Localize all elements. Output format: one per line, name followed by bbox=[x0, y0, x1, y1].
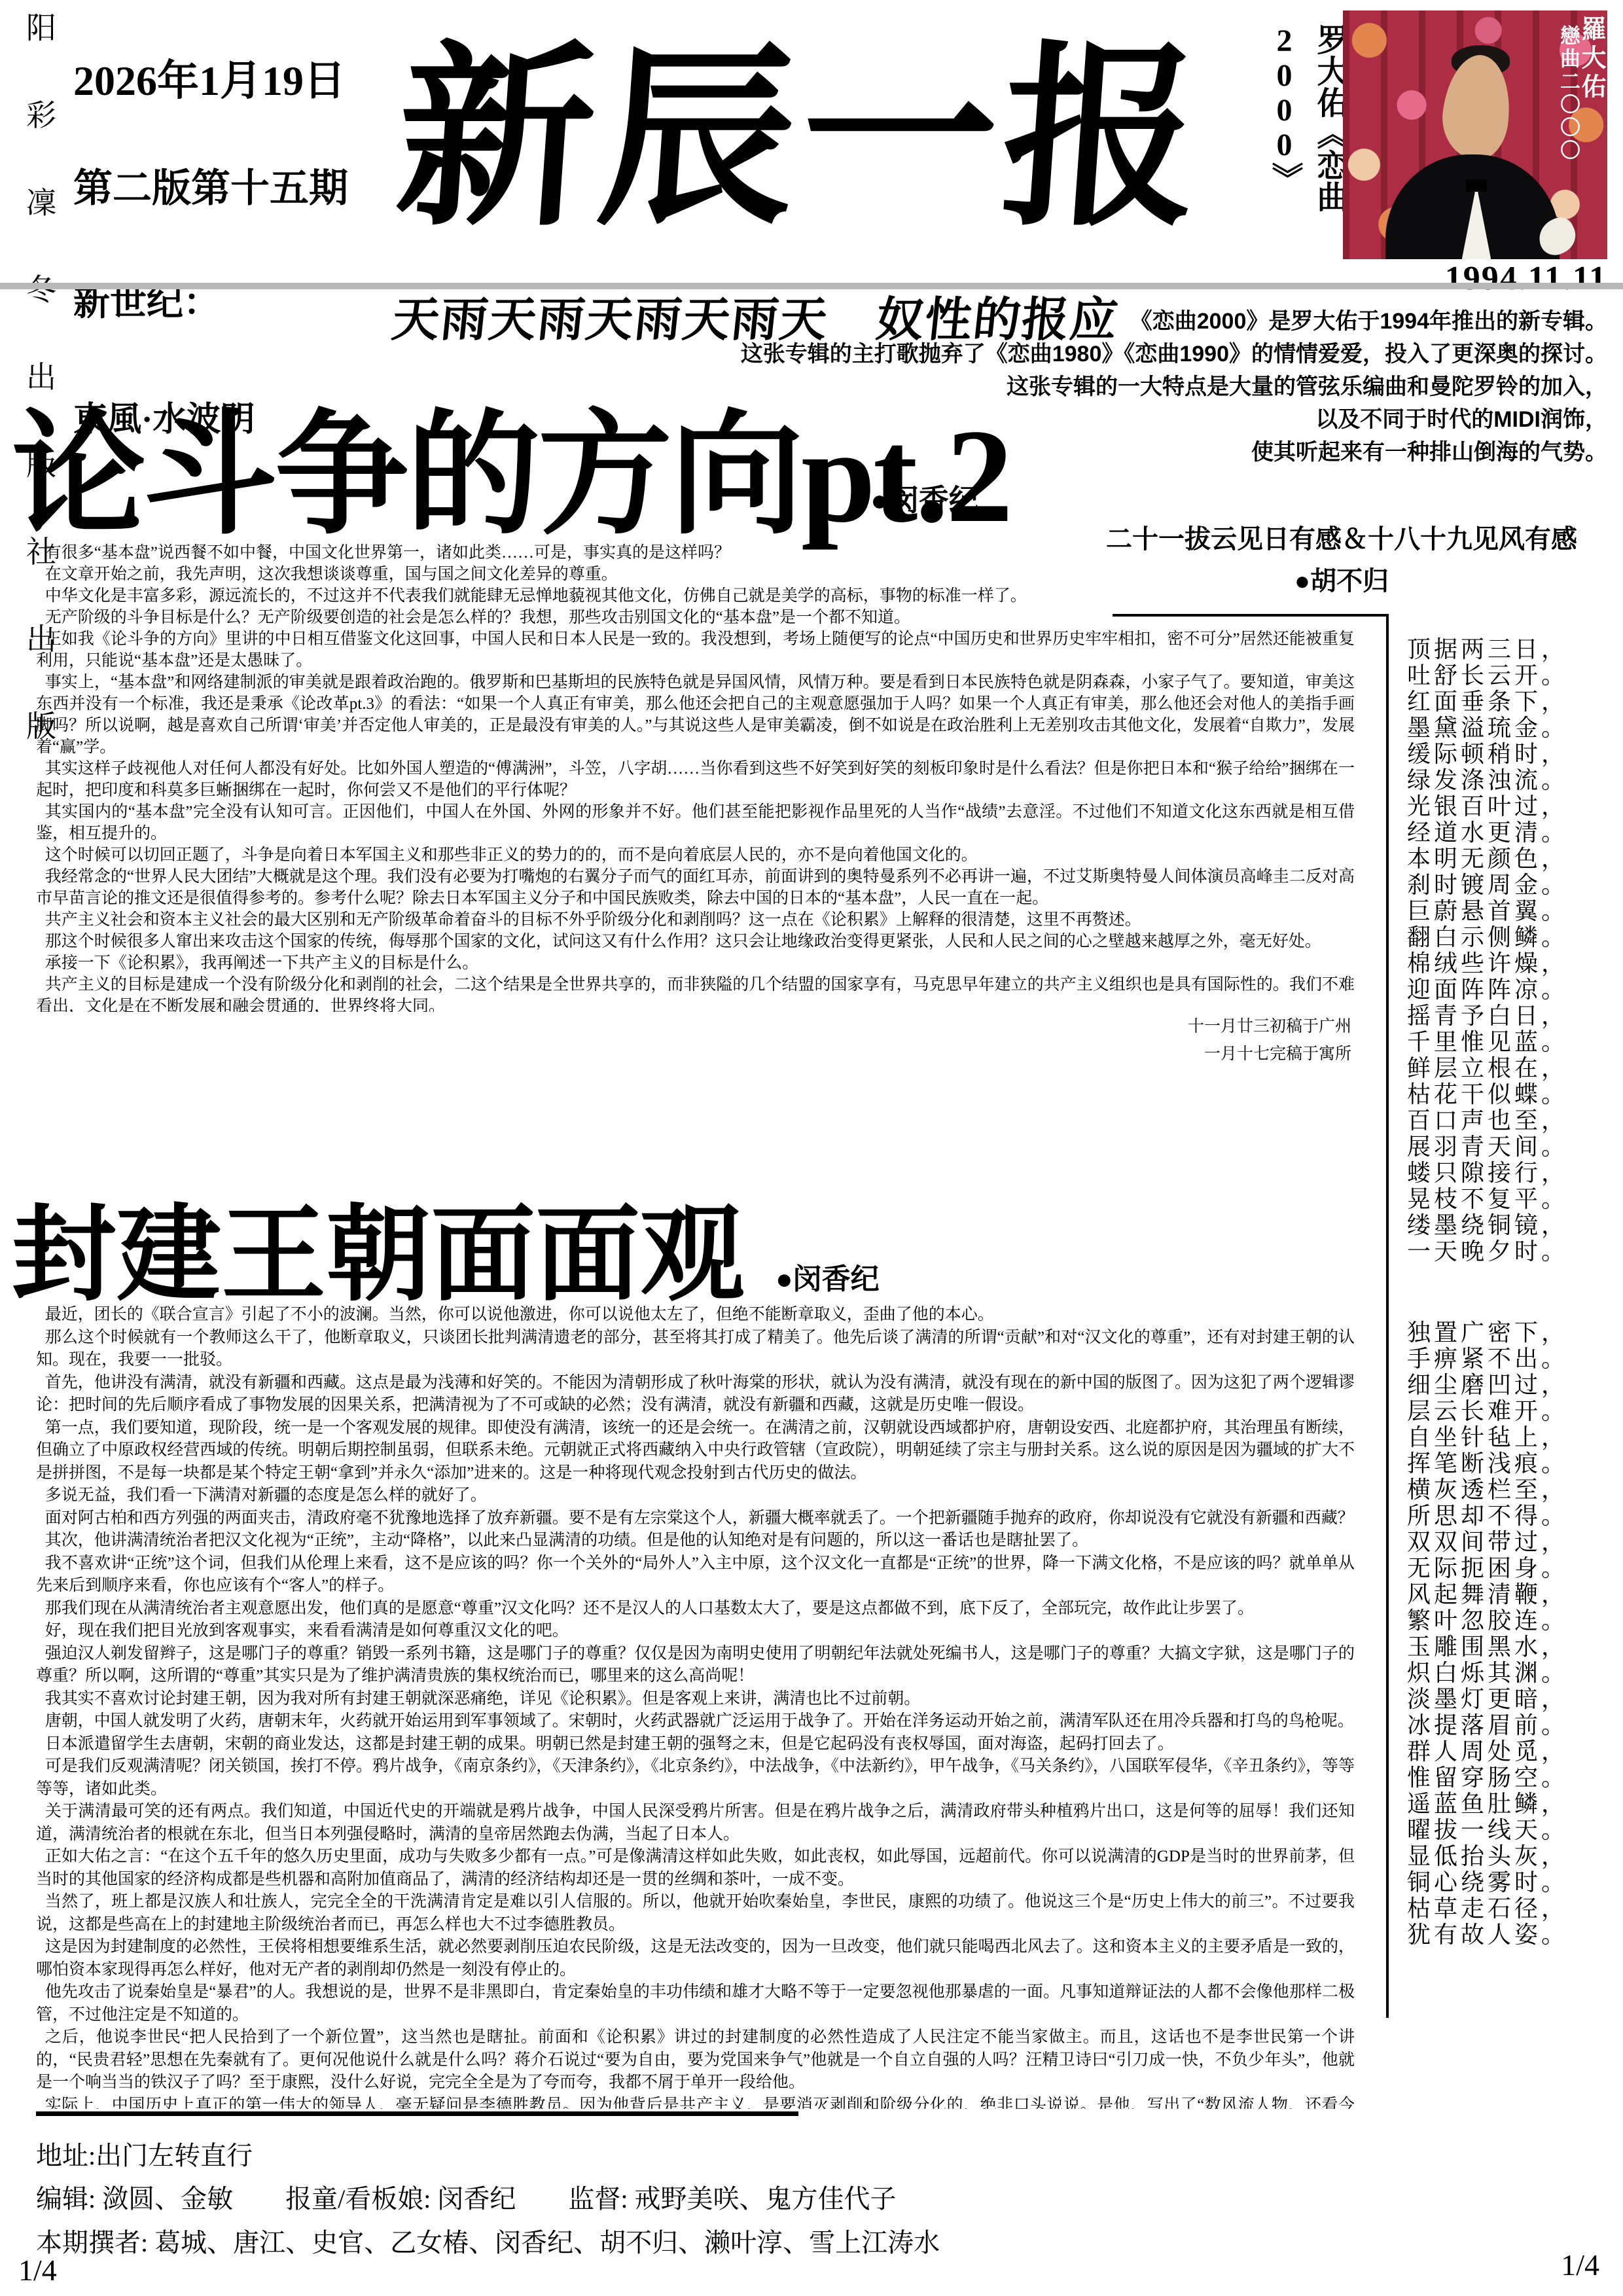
poem-line: 显低抬头灰， bbox=[1407, 1843, 1618, 1869]
cover-artist-name: 羅大佑 bbox=[1577, 16, 1605, 102]
poem-line: 棉绒些许燥， bbox=[1407, 950, 1618, 977]
article1-paragraph: 事实上，“基本盘”和网络建制派的审美就是跟着政治跑的。俄罗斯和巴基斯坦的民族特色… bbox=[36, 672, 1355, 758]
article1-paragraph: 其实国内的“基本盘”完全没有认知可言。正因他们，中国人在外国、外网的形象并不好。… bbox=[36, 801, 1355, 844]
album-note-line: 这张专辑的主打歌抛弃了《恋曲1980》《恋曲1990》的情情爱爱，投入了更深奥的… bbox=[429, 338, 1607, 370]
article1-title: 论斗争的方向pt.2 bbox=[12, 367, 1010, 560]
masthead-divider bbox=[0, 283, 1623, 289]
poem-line: 曜拔一线天。 bbox=[1407, 1817, 1618, 1843]
article2-paragraph: 关于满清最可笑的还有两点。我们知道，中国近代史的开端就是鸦片战争，中国人民深受鸦… bbox=[36, 1801, 1355, 1846]
article1-author: ●闵香纪 bbox=[870, 476, 979, 520]
article2-paragraph: 这是因为封建制度的必然性，王侯将相想要维系生活，就必然要剥削压迫农民阶级，这是无… bbox=[36, 1936, 1355, 1981]
article2-paragraph: 面对阿古柏和西方列强的两面夹击，清政府毫不犹豫地选择了放弃新疆。要不是有左宗棠这… bbox=[36, 1507, 1355, 1530]
poem-line: 巨蔚悬首翼。 bbox=[1407, 898, 1618, 924]
poem-line: 独置广密下， bbox=[1407, 1319, 1618, 1346]
poem-line: 缕墨绕铜镜， bbox=[1407, 1212, 1618, 1238]
poem-line: 惟留穿肠空。 bbox=[1407, 1765, 1618, 1791]
poem-line: 墨黛溢琉金。 bbox=[1407, 715, 1618, 741]
poem-line: 群人周处觅， bbox=[1407, 1738, 1618, 1765]
poem-line: 层云长难开。 bbox=[1407, 1398, 1618, 1424]
article2-paragraph: 可是我们反观满清呢？闭关锁国，挨打不停。鸦片战争，《南京条约》，《天津条约》，《… bbox=[36, 1755, 1355, 1801]
article2-title: 封建王朝面面观 bbox=[12, 1170, 745, 1321]
poem-line: 所思却不得。 bbox=[1407, 1503, 1618, 1529]
article2-paragraph: 多说无益，我们看一下满清对新疆的态度是怎么样的就好了。 bbox=[36, 1484, 1355, 1507]
article1-paragraph: 其实这样子歧视他人对任何人都没有好处。比如外国人塑造的“傅满洲”，斗笠，八字胡…… bbox=[36, 758, 1355, 801]
poem-line: 枯花干似蝶。 bbox=[1407, 1081, 1618, 1107]
footer-staff: 编辑: 潋圆、金敏 报童/看板娘: 闵香纪 监督: 戒野美咲、鬼方佳代子 bbox=[36, 2178, 896, 2215]
article2-paragraph: 最近，团长的《联合宣言》引起了不小的波澜。当然，你可以说他激进，你可以说他太左了… bbox=[36, 1304, 1355, 1327]
album-cover-image: 羅大佑 戀曲二〇〇〇 bbox=[1343, 10, 1607, 259]
album-release-date: 1994.11.11 bbox=[1335, 259, 1607, 298]
poem-line: 淡墨灯更暗， bbox=[1407, 1686, 1618, 1712]
poem-line: 蝼只隙接行， bbox=[1407, 1160, 1618, 1186]
article2-paragraph: 日本派遣留学生去唐朝，宋朝的商业发达，这都是封建王朝的成果。明朝已然是封建王朝的… bbox=[36, 1733, 1355, 1756]
poem-line: 遥蓝鱼肚鳞， bbox=[1407, 1791, 1618, 1817]
cover-vertical-title: 羅大佑 戀曲二〇〇〇 bbox=[1558, 16, 1603, 259]
article2-paragraph: 其次，他讲满清统治者把汉文化视为“正统”，主动“降格”，以此来凸显满清的功绩。但… bbox=[36, 1530, 1355, 1552]
article1-paragraph: 共产主义的目标是建成一个没有阶级分化和剥削的社会，二这个结果是全世界共享的，而非… bbox=[36, 974, 1355, 1012]
poem-line: 一天晚夕时。 bbox=[1407, 1238, 1618, 1265]
article1-signoff-line: 一月十七完稿于寓所 bbox=[36, 1041, 1351, 1068]
poem-line: 炽白烁其渊。 bbox=[1407, 1660, 1618, 1686]
poem-line: 光银百叶过， bbox=[1407, 793, 1618, 819]
poem-line: 细尘磨凹过， bbox=[1407, 1372, 1618, 1398]
article2-paragraph: 正如大佑之言：“在这个五千年的悠久历史里面，成功与失败多少都有一点。”可是像满清… bbox=[36, 1846, 1355, 1891]
poem-line: 挥笔断浅痕。 bbox=[1407, 1450, 1618, 1477]
cover-album-name: 戀曲二〇〇〇 bbox=[1558, 25, 1578, 162]
poem-stanza-2: 独置广密下，手痹紧不出。细尘磨凹过，层云长难开。自坐针毡上，挥笔断浅痕。横灰透栏… bbox=[1407, 1319, 1618, 1948]
poem-author: ●胡不归 bbox=[1073, 560, 1610, 598]
poem-title: 二十一拔云见日有感＆十八十九见风有感 bbox=[1073, 518, 1610, 556]
newspaper-title: 新辰一报 bbox=[389, 0, 1286, 262]
poem-line: 本明无颜色， bbox=[1407, 846, 1618, 872]
poem-line: 绿发涤浊流。 bbox=[1407, 767, 1618, 793]
footer-writers: 本期撰者: 葛城、唐江、史官、乙女椿、闵香纪、胡不归、濑叶淳、雪上江涛水 bbox=[36, 2222, 940, 2259]
poem-line: 冰提落眉前。 bbox=[1407, 1712, 1618, 1738]
poem-line: 双双间带过， bbox=[1407, 1529, 1618, 1555]
poem-line: 展羽青天间。 bbox=[1407, 1134, 1618, 1160]
poem-line: 风起舞清鞭， bbox=[1407, 1581, 1618, 1607]
poem-line: 千里惟见蓝。 bbox=[1407, 1029, 1618, 1055]
article1-body: 有很多“基本盘”说西餐不如中餐，中国文化世界第一，诸如此类……可是，事实真的是这… bbox=[36, 542, 1355, 1012]
article1-paragraph: 我经常念的“世界人民大团结”大概就是这个理。我们没有必要为打嘴炮的右翼分子而气的… bbox=[36, 866, 1355, 909]
article2-paragraph: 他先攻击了说秦始皇是“暴君”的人。我想说的是，世界不是非黑即白，肯定秦始皇的丰功… bbox=[36, 1981, 1355, 2026]
poem-top-rule bbox=[1113, 614, 1389, 617]
page-number-right: 1/4 bbox=[1561, 2248, 1599, 2282]
article2-paragraph: 那么这个时候就有一个教师这么干了，他断章取义，只谈团长批判满清遗老的部分，甚至将… bbox=[36, 1327, 1355, 1372]
poem-line: 翻白示侧鳞。 bbox=[1407, 924, 1618, 950]
poem-line: 横灰透栏至， bbox=[1407, 1477, 1618, 1503]
article2-paragraph: 好，现在我们把目光放到客观事实，来看看满清是如何尊重汉文化的吧。 bbox=[36, 1620, 1355, 1643]
footer-address: 地址:出门左转直行 bbox=[36, 2135, 253, 2172]
poem-line: 摇青予白日， bbox=[1407, 1003, 1618, 1029]
article2-author: ●闵香纪 bbox=[776, 1255, 880, 1297]
footer-divider bbox=[36, 2111, 798, 2116]
poem-line: 晃枝不复平。 bbox=[1407, 1186, 1618, 1212]
article1-paragraph: 承接一下《论积累》，我再阐述一下共产主义的目标是什么。 bbox=[36, 952, 1355, 974]
poem-line: 繁叶忽胶连。 bbox=[1407, 1607, 1618, 1634]
article1-signoff-line: 十一月廿三初稿于广州 bbox=[36, 1013, 1351, 1041]
album-caption-vertical: 罗大佑《恋曲2000》 bbox=[1262, 24, 1352, 298]
article1-paragraph: 正如我《论斗争的方向》里讲的中日相互借鉴文化这回事，中国人民和日本人民是一致的。… bbox=[36, 628, 1355, 672]
poem-line: 缓际顿稍时， bbox=[1407, 741, 1618, 767]
album-note-line: 《恋曲2000》是罗大佑于1994年推出的新专辑。 bbox=[429, 305, 1607, 338]
poem-line: 迎面阵阵凉。 bbox=[1407, 977, 1618, 1003]
article1-paragraph: 无产阶级的斗争目标是什么？无产阶级要创造的社会是怎么样的？我想，那些攻击别国文化… bbox=[36, 607, 1355, 628]
poem-line: 经道水更清。 bbox=[1407, 819, 1618, 846]
article2-paragraph: 我其实不喜欢讨论封建王朝，因为我对所有封建王朝就深恶痛绝，详见《论积累》。但是客… bbox=[36, 1688, 1355, 1711]
poem-line: 吐舒长云开。 bbox=[1407, 662, 1618, 689]
article1-paragraph: 那这个时候很多人窜出来攻击这个国家的传统，侮辱那个国家的文化，试问这又有什么作用… bbox=[36, 931, 1355, 952]
page-number-left: 1/4 bbox=[18, 2253, 57, 2287]
cover-bowtie-shape bbox=[1466, 179, 1487, 192]
article2-paragraph: 那我们现在从满清统治者主观意愿出发，他们真的是愿意“尊重”汉文化吗？还不是汉人的… bbox=[36, 1598, 1355, 1621]
poem-column-rule bbox=[1386, 614, 1389, 2018]
article1-paragraph: 共产主义社会和资本主义社会的最大区别和无产阶级革命着奋斗的目标不外乎阶级分化和剥… bbox=[36, 909, 1355, 931]
poem-column: 顶据两三日，吐舒长云开。红面垂条下，墨黛溢琉金。缓际顿稍时，绿发涤浊流。光银百叶… bbox=[1407, 636, 1618, 1948]
article1-signoff: 十一月廿三初稿于广州一月十七完稿于寓所 bbox=[36, 1013, 1351, 1068]
poem-line: 刹时镀周金。 bbox=[1407, 872, 1618, 898]
article2-paragraph: 唐朝，中国人就发明了火药，唐朝末年，火药就开始运用到军事领域了。宋朝时，火药武器… bbox=[36, 1710, 1355, 1733]
poem-line: 玉雕围黑水， bbox=[1407, 1634, 1618, 1660]
article2-paragraph: 首先，他讲没有满清，就没有新疆和西藏。这点是最为浅薄和好笑的。不能因为清朝形成了… bbox=[36, 1372, 1355, 1417]
newspaper-page: 阳彩凜冬出版社出版 2026年1月19日 第二版第十五期 新世纪： 東風·水波明… bbox=[0, 0, 1623, 2296]
article2-paragraph: 第一点，我们要知道，现阶段，统一是一个客观发展的规律。即使没有满清，该统一的还是… bbox=[36, 1417, 1355, 1485]
issue-edition: 第二版第十五期 bbox=[73, 157, 348, 213]
article2-paragraph: 之后，他说李世民“把人民拾到了一个新位置”，这当然也是瞎扯。前面和《论积累》讲过… bbox=[36, 2026, 1355, 2094]
poem-line: 百口声也至， bbox=[1407, 1107, 1618, 1134]
poem-line: 鲜层立根在， bbox=[1407, 1055, 1618, 1081]
poem-line: 手痹紧不出。 bbox=[1407, 1346, 1618, 1372]
article2-body: 最近，团长的《联合宣言》引起了不小的波澜。当然，你可以说他激进，你可以说他太左了… bbox=[36, 1304, 1355, 2109]
article2-paragraph: 强迫汉人剃发留辫子，这是哪门子的尊重？销毁一系列书籍，这是哪门子的尊重？仅仅是因… bbox=[36, 1643, 1355, 1688]
poem-stanza-1: 顶据两三日，吐舒长云开。红面垂条下，墨黛溢琉金。缓际顿稍时，绿发涤浊流。光银百叶… bbox=[1407, 636, 1618, 1265]
poem-line: 顶据两三日， bbox=[1407, 636, 1618, 662]
era-label: 新世纪： bbox=[73, 274, 220, 326]
article2-paragraph: 我不喜欢讲“正统”这个词，但我们从伦理上来看，这不是应该的吗？你一个关外的“局外… bbox=[36, 1552, 1355, 1598]
poem-line: 犹有故人姿。 bbox=[1407, 1922, 1618, 1948]
poem-line: 枯草走石径， bbox=[1407, 1895, 1618, 1922]
article1-paragraph: 这个时候可以切回正题了，斗争是向着日本军国主义和那些非正义的势力的的，而不是向着… bbox=[36, 844, 1355, 866]
article2-paragraph: 实际上，中国历史上真正的第一伟大的领导人，毫无疑问是李德胜教员。因为他背后是共产… bbox=[36, 2094, 1355, 2109]
poem-line: 红面垂条下， bbox=[1407, 689, 1618, 715]
poem-line: 铜心绕雾时。 bbox=[1407, 1869, 1618, 1895]
poem-line: 无际扼困身。 bbox=[1407, 1555, 1618, 1581]
article2-paragraph: 当然了，班上都是汉族人和壮族人，完完全全的干洗满清肯定是难以引人信服的。所以，他… bbox=[36, 1891, 1355, 1936]
issue-date: 2026年1月19日 bbox=[73, 47, 346, 107]
poem-line: 自坐针毡上， bbox=[1407, 1424, 1618, 1450]
